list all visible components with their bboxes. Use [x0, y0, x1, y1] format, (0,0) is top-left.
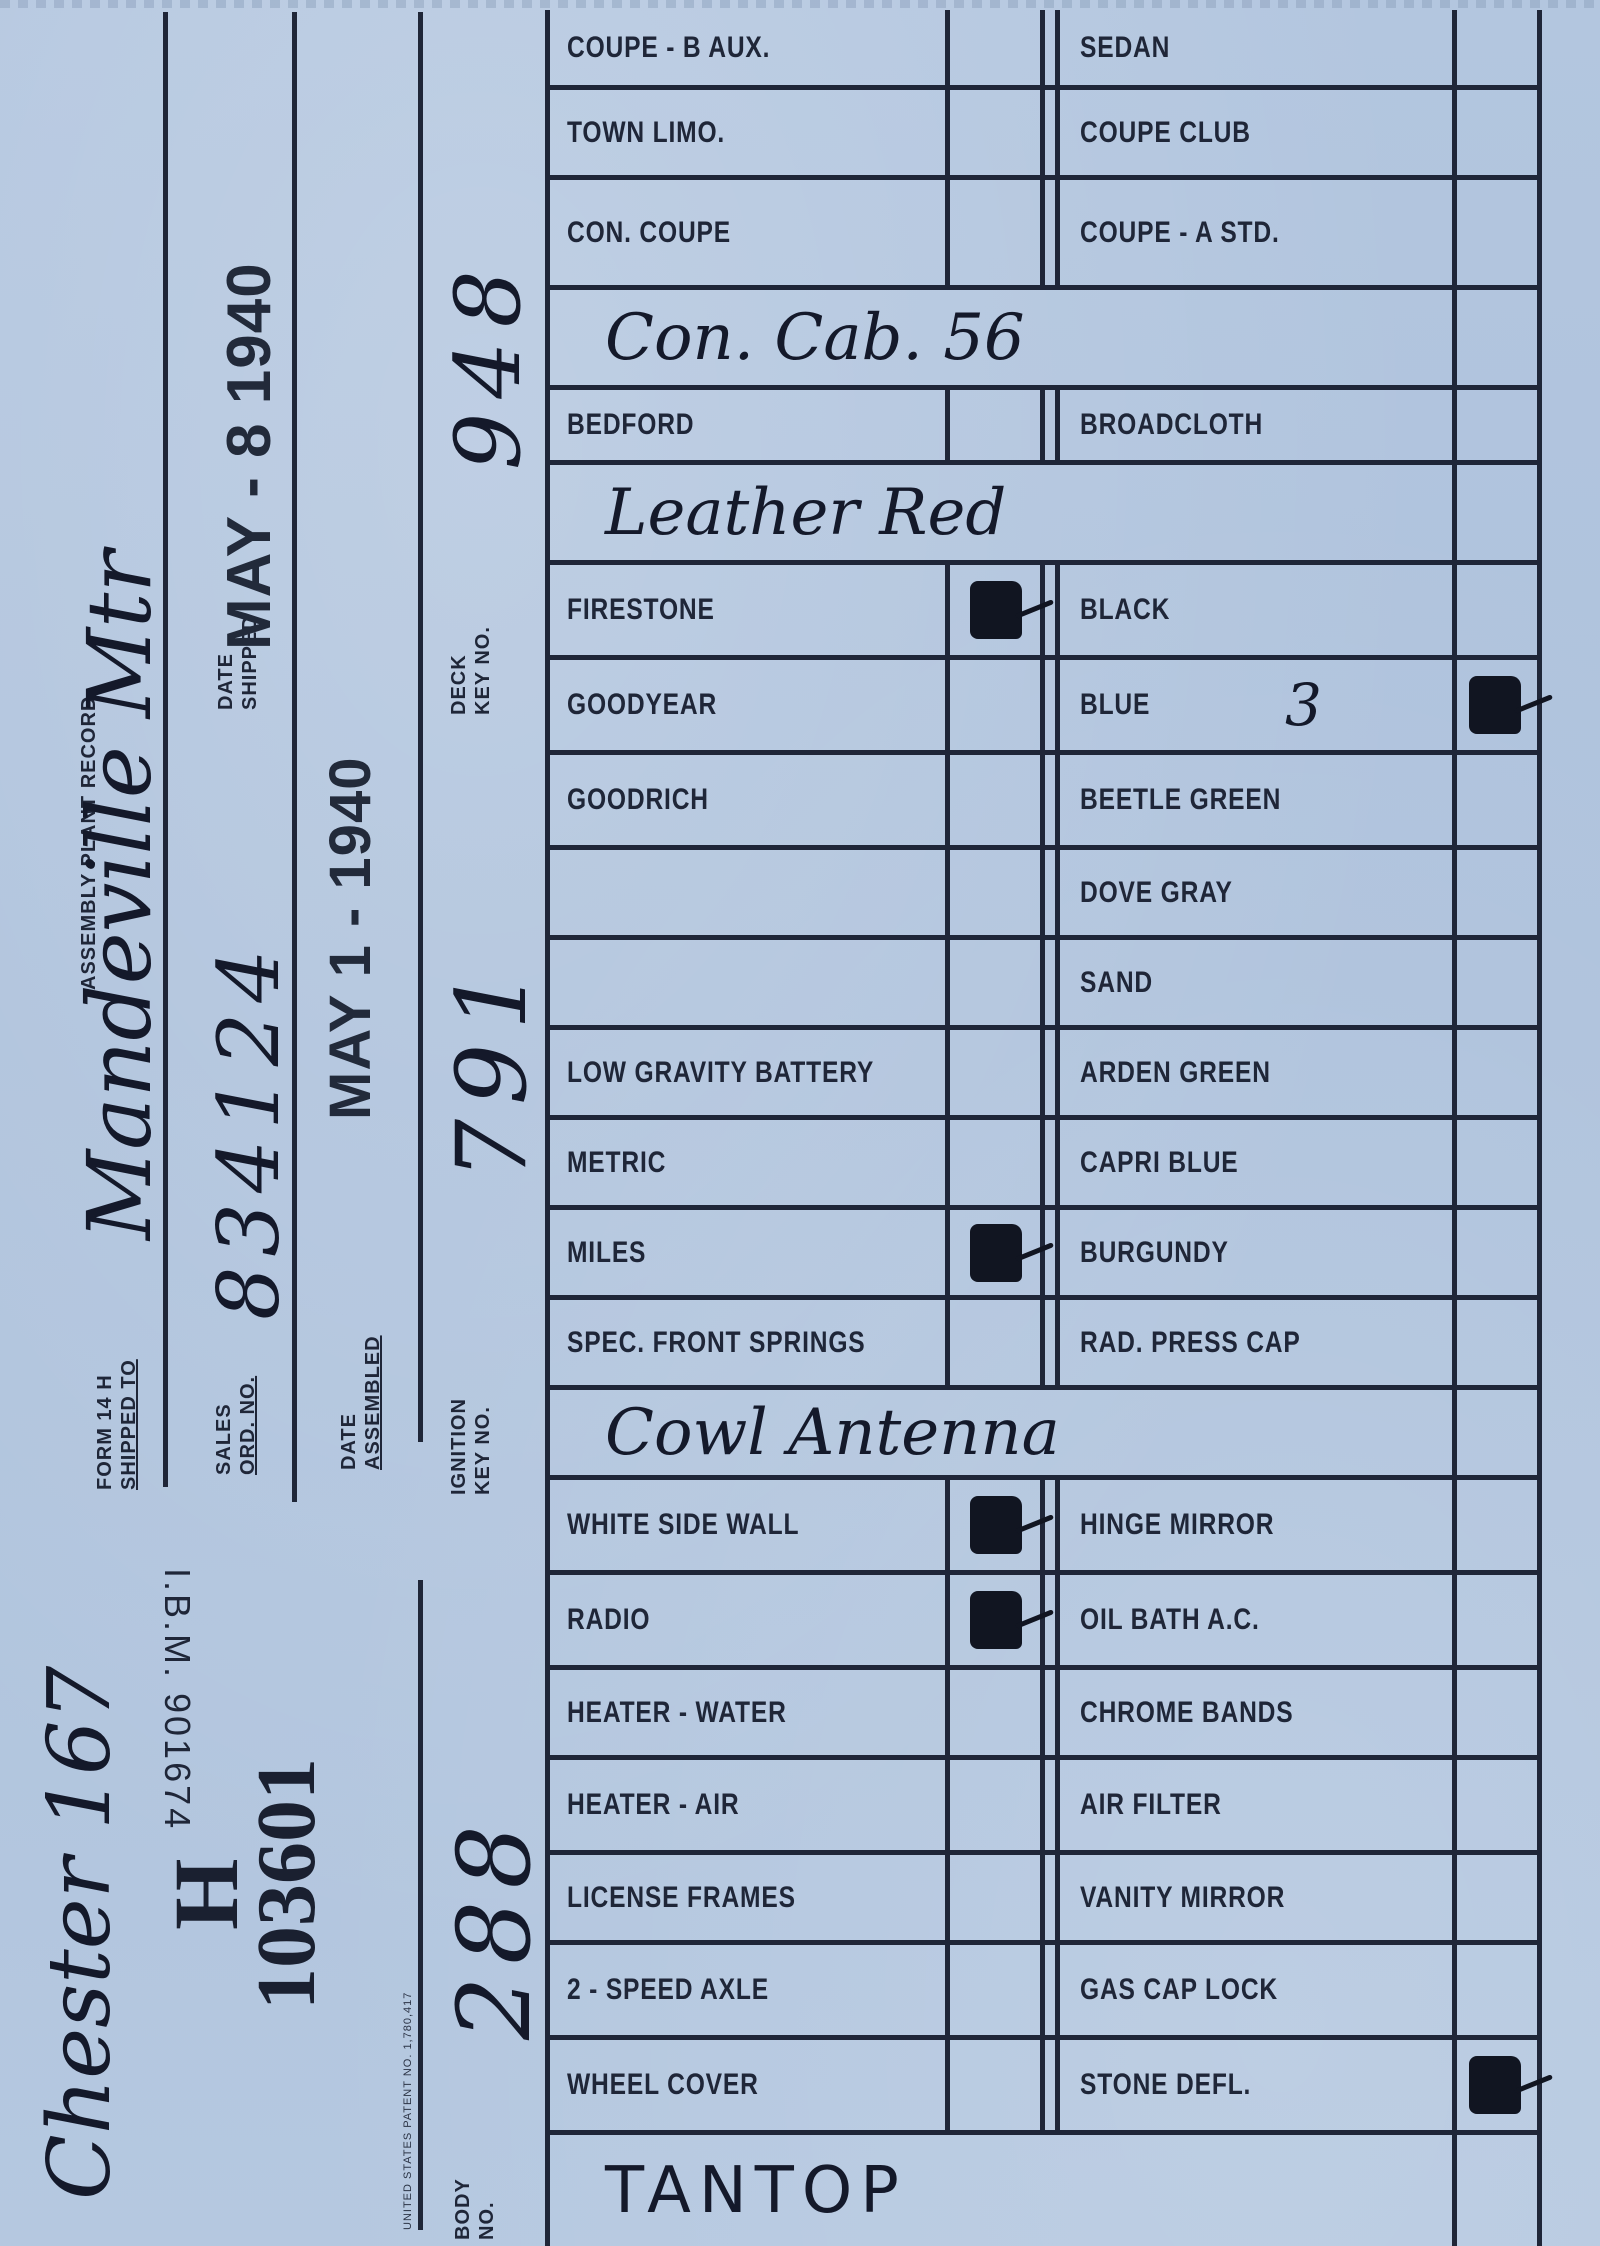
date-assembled-label-1: DATE	[338, 1413, 360, 1470]
check-box-right[interactable]	[1457, 1480, 1537, 1570]
check-box-left[interactable]	[950, 1120, 1045, 1205]
check-box-left[interactable]	[950, 1945, 1045, 2035]
option-label-right: COUPE CLUB	[1080, 90, 1251, 175]
table-row: MILESBURGUNDY	[545, 1205, 1542, 1295]
table-row: DOVE GRAY	[545, 845, 1542, 935]
check-box-left[interactable]	[950, 660, 1045, 750]
check-column-divider	[1452, 465, 1457, 560]
shipped-to-value: Mandeville Mtr	[68, 551, 171, 1240]
option-label-right: VANITY MIRROR	[1080, 1855, 1285, 1940]
check-box-right[interactable]	[1457, 10, 1537, 85]
sales-ord-label-1: SALES	[213, 1403, 235, 1475]
option-label-left: FIRESTONE	[567, 565, 715, 655]
option-label-right: CAPRI BLUE	[1080, 1120, 1239, 1205]
option-label-left: HEATER - AIR	[567, 1760, 739, 1850]
filled-check-mark-icon	[970, 1591, 1022, 1649]
double-rule-right	[1055, 850, 1060, 935]
column-divider	[418, 12, 423, 1442]
double-rule-right	[1055, 565, 1060, 655]
double-rule-right	[1055, 940, 1060, 1025]
check-box-right[interactable]	[1457, 755, 1537, 845]
check-column-divider	[1452, 290, 1457, 385]
table-row: SAND	[545, 935, 1542, 1025]
handwritten-row: TANTOP	[545, 2130, 1542, 2246]
double-rule-right	[1055, 2040, 1060, 2130]
date-shipped-label-1: DATE	[215, 653, 237, 710]
check-box-left[interactable]	[950, 1030, 1045, 1115]
dealer-note: Chester 167	[30, 1666, 130, 2200]
check-box-right[interactable]	[1457, 1300, 1537, 1385]
table-row: TOWN LIMO.COUPE CLUB	[545, 85, 1542, 175]
double-rule-right	[1055, 1575, 1060, 1665]
handwritten-row: Cowl Antenna	[545, 1385, 1542, 1475]
sales-ord-value: 834124	[200, 939, 298, 1320]
double-rule-right	[1055, 1480, 1060, 1570]
check-box-right[interactable]	[1457, 1120, 1537, 1205]
double-rule-right	[1055, 180, 1060, 285]
check-box-left[interactable]	[950, 1480, 1045, 1570]
handwritten-entry: TANTOP	[605, 2135, 907, 2246]
option-label-left: HEATER - WATER	[567, 1670, 787, 1755]
check-box-right[interactable]	[1457, 1855, 1537, 1940]
option-label-right: SEDAN	[1080, 10, 1170, 85]
table-row: FIRESTONEBLACK	[545, 560, 1542, 655]
column-divider	[418, 1580, 423, 2230]
date-assembled-label-2: ASSEMBLED	[362, 1335, 384, 1470]
table-row: METRICCAPRI BLUE	[545, 1115, 1542, 1205]
table-row: 2 - SPEED AXLEGAS CAP LOCK	[545, 1940, 1542, 2035]
option-label-left: METRIC	[567, 1120, 666, 1205]
check-box-right[interactable]	[1457, 850, 1537, 935]
check-box-right[interactable]	[1457, 90, 1537, 175]
option-label-right: BURGUNDY	[1080, 1210, 1229, 1295]
check-box-left[interactable]	[950, 850, 1045, 935]
option-label-right: BLUE	[1080, 660, 1150, 750]
deck-key-label-2: KEY NO.	[472, 626, 494, 715]
table-row: HEATER - AIRAIR FILTER	[545, 1755, 1542, 1850]
option-label-left: GOODRICH	[567, 755, 709, 845]
shipped-to-label: SHIPPED TO	[118, 1359, 140, 1490]
handwritten-entry: Leather Red	[605, 465, 1006, 560]
table-row: WHITE SIDE WALLHINGE MIRROR	[545, 1475, 1542, 1570]
option-label-left: 2 - SPEED AXLE	[567, 1945, 769, 2035]
option-label-left: CON. COUPE	[567, 180, 731, 285]
double-rule-right	[1055, 1670, 1060, 1755]
option-label-left: RADIO	[567, 1575, 650, 1665]
check-box-left[interactable]	[950, 940, 1045, 1025]
double-rule-right	[1055, 1120, 1060, 1205]
check-box-left[interactable]	[950, 2040, 1045, 2130]
ignition-key-label-1: IGNITION	[448, 1398, 470, 1495]
double-rule-right	[1055, 1760, 1060, 1850]
ignition-key-value: 791	[436, 955, 548, 1180]
ignition-key-label-2: KEY NO.	[472, 1406, 494, 1495]
double-rule-right	[1055, 1300, 1060, 1385]
double-rule-right	[1055, 660, 1060, 750]
handwritten-entry: Con. Cab. 56	[605, 290, 1025, 385]
option-label-right: STONE DEFL.	[1080, 2040, 1251, 2130]
check-box-right[interactable]	[1457, 1030, 1537, 1115]
option-label-left: MILES	[567, 1210, 646, 1295]
check-box-left[interactable]	[950, 90, 1045, 175]
check-box-left[interactable]	[950, 1760, 1045, 1850]
check-box-left[interactable]	[950, 1670, 1045, 1755]
options-table: COUPE - B AUX.SEDANTOWN LIMO.COUPE CLUBC…	[545, 10, 1542, 2246]
form-number: FORM 14 H	[94, 1374, 116, 1490]
option-label-right: BLACK	[1080, 565, 1170, 655]
date-assembled-value: MAY 1 - 1940	[318, 757, 384, 1120]
option-label-right: HINGE MIRROR	[1080, 1480, 1274, 1570]
double-rule-right	[1055, 755, 1060, 845]
filled-check-mark-icon	[970, 1496, 1022, 1554]
double-rule-right	[1055, 10, 1060, 85]
check-box-right[interactable]	[1457, 1945, 1537, 2035]
check-box-right[interactable]	[1457, 2040, 1537, 2130]
option-label-right: RAD. PRESS CAP	[1080, 1300, 1301, 1385]
check-box-right[interactable]	[1457, 1760, 1537, 1850]
option-label-right: GAS CAP LOCK	[1080, 1945, 1278, 2035]
check-box-right[interactable]	[1457, 1210, 1537, 1295]
option-label-right: DOVE GRAY	[1080, 850, 1233, 935]
option-label-left: WHITE SIDE WALL	[567, 1480, 799, 1570]
double-rule-right	[1055, 1855, 1060, 1940]
table-row: GOODRICHBEETLE GREEN	[545, 750, 1542, 845]
ibm-form-number: I.B.M. 901674	[156, 1568, 198, 1831]
table-row: LOW GRAVITY BATTERYARDEN GREEN	[545, 1025, 1542, 1115]
option-label-right: CHROME BANDS	[1080, 1670, 1293, 1755]
check-box-right[interactable]	[1457, 390, 1537, 460]
serial-number: 103601	[245, 1758, 329, 2010]
deck-key-label-1: DECK	[448, 654, 470, 715]
option-label-right: BROADCLOTH	[1080, 390, 1263, 460]
check-box-right[interactable]	[1457, 660, 1537, 750]
table-row: CON. COUPECOUPE - A STD.	[545, 175, 1542, 285]
check-box-left[interactable]	[950, 1210, 1045, 1295]
double-rule-right	[1055, 1030, 1060, 1115]
option-label-left: SPEC. FRONT SPRINGS	[567, 1300, 866, 1385]
table-row: GOODYEARBLUE3	[545, 655, 1542, 750]
check-box-left[interactable]	[950, 10, 1045, 85]
option-label-right: COUPE - A STD.	[1080, 180, 1280, 285]
table-row: COUPE - B AUX.SEDAN	[545, 10, 1542, 85]
body-no-label-1: BODY	[452, 2178, 474, 2240]
option-label-right: OIL BATH A.C.	[1080, 1575, 1260, 1665]
option-label-left: BEDFORD	[567, 390, 694, 460]
option-label-left: GOODYEAR	[567, 660, 717, 750]
patent-text: UNITED STATES PATENT NO. 1,780,417	[402, 1992, 414, 2230]
filled-check-mark-icon	[1469, 2056, 1521, 2114]
serial-prefix: H	[160, 1858, 252, 1930]
check-column-divider	[1452, 2135, 1457, 2246]
check-box-right[interactable]	[1457, 940, 1537, 1025]
check-box-right[interactable]	[1457, 565, 1537, 655]
handwritten-row: Leather Red	[545, 460, 1542, 560]
check-box-right[interactable]	[1457, 1670, 1537, 1755]
option-label-right: AIR FILTER	[1080, 1760, 1222, 1850]
deck-key-value: 948	[436, 256, 541, 470]
filled-check-mark-icon	[1469, 676, 1521, 734]
check-box-left[interactable]	[950, 1300, 1045, 1385]
double-rule-right	[1055, 1945, 1060, 2035]
date-shipped-value: MAY - 8 1940	[215, 262, 285, 650]
option-label-left: LICENSE FRAMES	[567, 1855, 796, 1940]
handwritten-note: 3	[1285, 660, 1322, 750]
option-label-right: BEETLE GREEN	[1080, 755, 1281, 845]
sales-ord-label-2: ORD. NO.	[237, 1376, 259, 1475]
body-no-label-2: NO.	[476, 2201, 498, 2240]
filled-check-mark-icon	[970, 1224, 1022, 1282]
table-row: HEATER - WATERCHROME BANDS	[545, 1665, 1542, 1755]
table-row: LICENSE FRAMESVANITY MIRROR	[545, 1850, 1542, 1940]
check-box-left[interactable]	[950, 755, 1045, 845]
option-label-right: SAND	[1080, 940, 1153, 1025]
handwritten-row: Con. Cab. 56	[545, 285, 1542, 385]
double-rule-right	[1055, 90, 1060, 175]
perforated-edge	[0, 0, 1600, 8]
option-label-right: ARDEN GREEN	[1080, 1030, 1271, 1115]
check-column-divider	[1452, 1390, 1457, 1475]
check-box-left[interactable]	[950, 180, 1045, 285]
table-row: BEDFORDBROADCLOTH	[545, 385, 1542, 460]
body-no-value: 288	[436, 1813, 553, 2040]
table-row: WHEEL COVERSTONE DEFL.	[545, 2035, 1542, 2130]
check-box-left[interactable]	[950, 1855, 1045, 1940]
option-label-left: LOW GRAVITY BATTERY	[567, 1030, 874, 1115]
assembly-plant-record-card: ASSEMBLY PLANT RECORD FORM 14 H SHIPPED …	[0, 0, 1600, 2246]
handwritten-entry: Cowl Antenna	[605, 1390, 1060, 1475]
check-box-right[interactable]	[1457, 180, 1537, 285]
check-box-right[interactable]	[1457, 1575, 1537, 1665]
table-row: SPEC. FRONT SPRINGSRAD. PRESS CAP	[545, 1295, 1542, 1385]
table-row: RADIOOIL BATH A.C.	[545, 1570, 1542, 1665]
double-rule-right	[1055, 1210, 1060, 1295]
double-rule-right	[1055, 390, 1060, 460]
option-label-left: TOWN LIMO.	[567, 90, 725, 175]
filled-check-mark-icon	[970, 581, 1022, 639]
check-box-left[interactable]	[950, 1575, 1045, 1665]
option-label-left: COUPE - B AUX.	[567, 10, 770, 85]
check-box-left[interactable]	[950, 565, 1045, 655]
check-box-left[interactable]	[950, 390, 1045, 460]
option-label-left: WHEEL COVER	[567, 2040, 759, 2130]
